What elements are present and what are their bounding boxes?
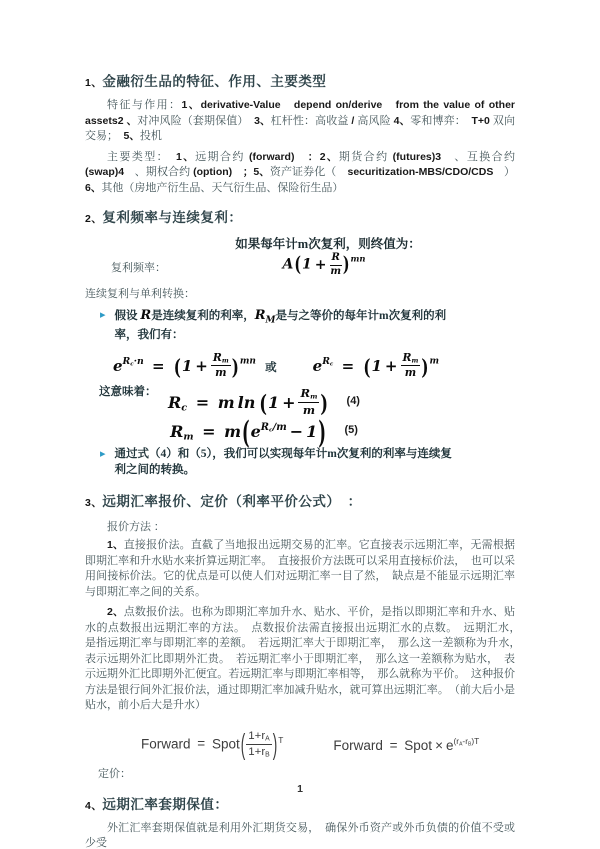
math-paren: ) <box>232 354 239 380</box>
fraction: 1+rA1+rB <box>246 730 272 759</box>
compound-frequency-slide: 如果每年计m次复利，则终值为： A(1+Rm)mn 复利频率： <box>85 234 515 277</box>
formula-e-row: eRc·n = (1+Rmm)mn 或 eRc = (1+Rmm)m <box>113 352 515 379</box>
s3-points-quote-paragraph: 2、点数报价法。也称为即期汇率加升水、贴水、平价，是指以即期汇率和升水、贴水的点… <box>85 605 515 714</box>
document-page: 1、金融衍生品的特征、作用、主要类型 特征与作用：1、derivative-Va… <box>0 0 600 849</box>
forward-formula-row: Forward = Spot(1+rA1+rB)T Forward = Spot… <box>141 730 515 759</box>
exponent: Rc∕m <box>261 422 287 433</box>
math-paren: ) <box>273 729 278 761</box>
fraction: Rmm <box>401 352 421 379</box>
exponent: (rA-rB)T <box>453 736 479 746</box>
s1-types-paragraph: 主要类型： 1、远期合约 (forward) ：2、期货合约 (futures)… <box>85 150 515 197</box>
math-paren: ( <box>363 354 370 380</box>
math-paren: ( <box>174 354 181 380</box>
math-token: 1 <box>302 257 312 273</box>
math-exponent: m <box>429 356 439 366</box>
bullet-conversion: ▸ 通过式（4）和（5），我们可以实现每年计m次复利的利率与连续复利之间的转换。 <box>85 447 515 478</box>
math-paren: ) <box>318 414 326 451</box>
bullet-assumption: ▸ 假设 R是连续复利的利率，RM是与之等价的每年计m次复利的利率，我们有： <box>85 308 515 344</box>
bullet-conversion-text: 通过式（4）和（5），我们可以实现每年计m次复利的利率与连续复利之间的转换。 <box>115 447 463 478</box>
section-3-heading: 3、远期汇率报价、定价（利率平价公式） ： <box>85 490 515 510</box>
fraction: Rm <box>330 253 342 277</box>
math-paren: ( <box>241 729 246 761</box>
bullet-arrow-icon: ▸ <box>100 308 106 344</box>
s3-direct-quote-paragraph: 1、直接报价法。直截了当地报出远期交易的汇率。它直接表示远期汇率，无需根据即期汇… <box>85 538 515 600</box>
math-token: A <box>283 257 294 273</box>
formula-rm: Rm = m(eRc∕m−1) (5) <box>85 422 443 442</box>
s1-features-paragraph: 特征与作用：1、derivative-Value depend on/deriv… <box>85 98 515 145</box>
fraction: Rmm <box>298 387 319 416</box>
exponent: Rc <box>322 356 333 367</box>
math-paren: ( <box>259 390 267 418</box>
convert-label: 连续复利与单利转换： <box>85 287 515 303</box>
section-2-heading: 2、复利频率与连续复利： <box>85 206 515 226</box>
section-1-heading: 1、金融衍生品的特征、作用、主要类型 <box>85 70 515 90</box>
formula-continuous-left: eRc·n = (1+Rmm)mn 或 <box>113 352 277 379</box>
fraction: Rmm <box>211 352 231 379</box>
math-paren: ( <box>242 414 250 451</box>
math-paren: ) <box>343 253 350 276</box>
math-exponent: mn <box>351 253 366 263</box>
bullet-arrow-icon: ▸ <box>100 447 106 478</box>
exponent: Rc·n <box>123 356 144 367</box>
formula-forward-continuous: Forward = Spot×e(rA-rB)T <box>333 736 479 753</box>
equation-number-5: (5) <box>344 424 357 436</box>
math-token: + <box>315 257 327 273</box>
pricing-label: 定价： <box>98 765 515 781</box>
math-paren: ) <box>421 354 428 380</box>
compound-frequency-label: 复利频率： <box>111 259 166 275</box>
equation-number-4: (4) <box>347 395 360 407</box>
formula-continuous-right: eRc = (1+Rmm)m <box>313 352 439 379</box>
page-number: 1 <box>0 783 600 795</box>
math-exponent: T <box>278 734 283 744</box>
formula-forward-discrete: Forward = Spot(1+rA1+rB)T <box>141 730 283 759</box>
bullet-assumption-text: 假设 R是连续复利的利率，RM是与之等价的每年计m次复利的利率，我们有： <box>115 308 463 344</box>
slide-caption: 如果每年计m次复利，则终值为： <box>85 234 515 252</box>
quote-method-label: 报价方法 ： <box>85 518 515 534</box>
s4-hedging-paragraph: 外汇汇率套期保值就是利用外汇期货交易， 确保外币资产或外币负债的价值不受或少受 <box>85 821 515 849</box>
math-paren: ( <box>294 253 301 276</box>
or-label: 或 <box>265 360 277 374</box>
math-exponent: mn <box>240 356 256 366</box>
section-4-heading: 4、远期汇率套期保值： <box>85 793 515 813</box>
